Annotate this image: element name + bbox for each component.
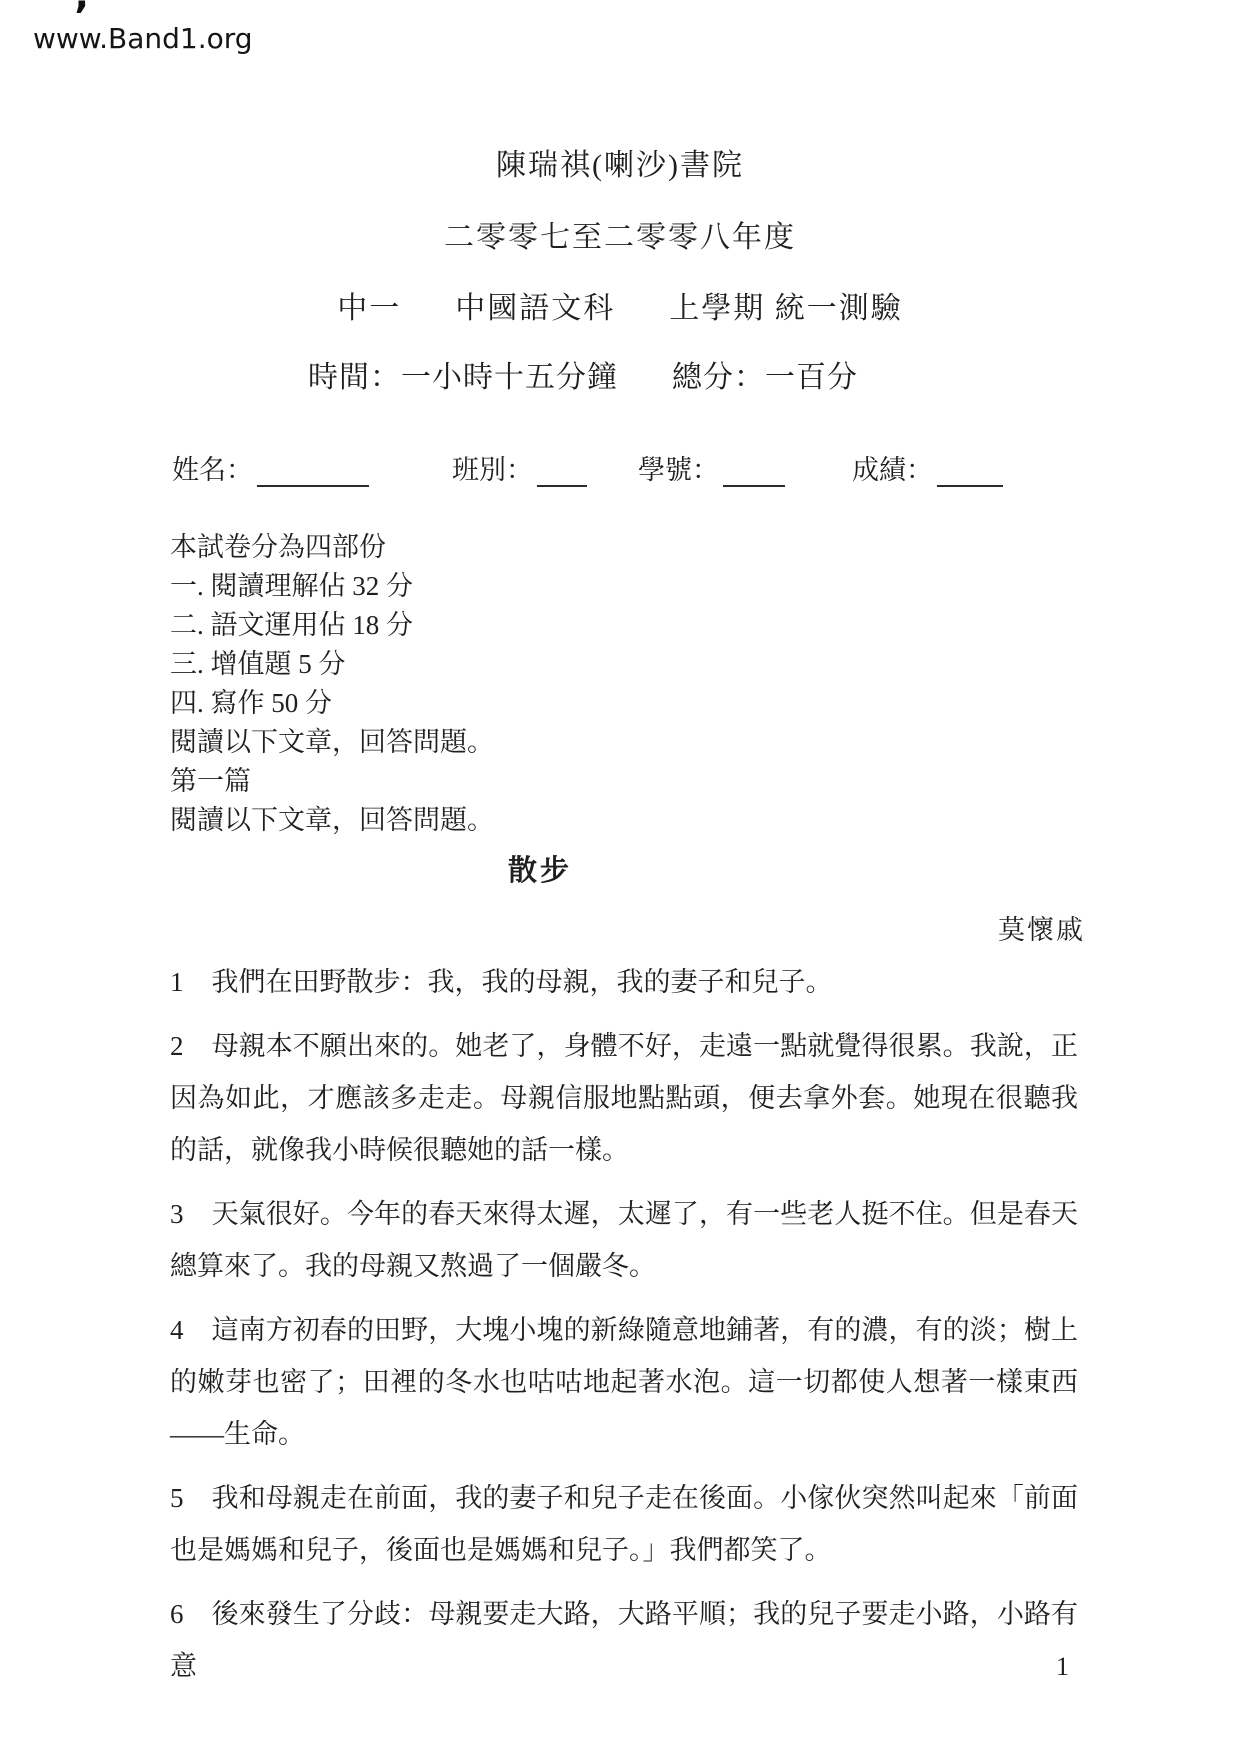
- paragraph-4: 4這南方初春的田野，大塊小塊的新綠隨意地鋪著，有的濃，有的淡；樹上的嫩芽也密了；…: [170, 1304, 1078, 1460]
- page-number: 1: [1056, 1652, 1069, 1682]
- paragraph-5: 5我和母親走在前面，我的妻子和兒子走在後面。小傢伙突然叫起來「前面也是媽媽和兒子…: [170, 1472, 1078, 1576]
- instruction-item-2: 二. 語文運用佔 18 分: [170, 606, 930, 645]
- paragraph-1-number: 1: [170, 967, 184, 997]
- name-field-label: 姓名：: [172, 455, 253, 485]
- paragraph-6-text: 後來發生了分歧：母親要走大路，大路平順；我的兒子要走小路，小路有意: [170, 1599, 1078, 1681]
- name-field: 姓名：: [172, 448, 369, 487]
- paragraph-3: 3天氣很好。今年的春天來得太遲，太遲了，有一些老人挺不住。但是春天總算來了。我的…: [170, 1188, 1078, 1292]
- student-number-field-label: 學號：: [638, 455, 719, 485]
- instruction-item-4: 四. 寫作 50 分: [170, 684, 930, 723]
- section-label: 第一篇: [170, 762, 930, 801]
- paragraph-2: 2母親本不願出來的。她老了，身體不好，走遠一點就覺得很累。我說，正因為如此，才應…: [170, 1020, 1078, 1176]
- student-number-field: 學號：: [638, 448, 785, 487]
- paragraph-4-text: 這南方初春的田野，大塊小塊的新綠隨意地鋪著，有的濃，有的淡；樹上的嫩芽也密了；田…: [170, 1315, 1078, 1449]
- paragraph-1: 1我們在田野散步：我，我的母親，我的妻子和兒子。: [170, 956, 1078, 1008]
- paragraph-5-number: 5: [170, 1483, 184, 1513]
- exam-title-line: 中一中國語文科上學期 統一測驗: [0, 283, 1240, 327]
- class-field-label: 班別：: [452, 455, 533, 485]
- paper-instructions: 本試卷分為四部份 一. 閱讀理解佔 32 分 二. 語文運用佔 18 分 三. …: [170, 528, 930, 840]
- total-marks-label: 總分：一百分: [672, 352, 858, 396]
- paragraph-5-text: 我和母親走在前面，我的妻子和兒子走在後面。小傢伙突然叫起來「前面也是媽媽和兒子，…: [170, 1483, 1078, 1565]
- name-blank-line: [257, 459, 369, 487]
- time-total-row: 時間：一小時十五分鐘 總分：一百分: [0, 352, 1240, 392]
- article-title: 散步: [0, 848, 1080, 889]
- class-blank-line: [537, 459, 587, 487]
- paragraph-3-text: 天氣很好。今年的春天來得太遲，太遲了，有一些老人挺不住。但是春天總算來了。我的母…: [170, 1199, 1078, 1281]
- class-field: 班別：: [452, 448, 587, 487]
- time-allowed-label: 時間：一小時十五分鐘: [308, 352, 618, 396]
- exam-subject: 中國語文科: [455, 292, 615, 325]
- school-name: 陳瑞祺(喇沙)書院: [0, 140, 1240, 184]
- student-info-row: 姓名： 班別： 學號： 成績：: [0, 448, 1240, 492]
- paragraph-6-number: 6: [170, 1599, 184, 1629]
- reading-note-1: 閱讀以下文章，回答問題。: [170, 723, 930, 762]
- article-author: 莫懷戚: [0, 908, 1085, 947]
- academic-year: 二零零七至二零零八年度: [0, 212, 1240, 256]
- instructions-intro: 本試卷分為四部份: [170, 528, 930, 567]
- reading-note-2: 閱讀以下文章，回答問題。: [170, 801, 930, 840]
- paragraph-1-text: 我們在田野散步：我，我的母親，我的妻子和兒子。: [212, 967, 833, 997]
- score-blank-line: [937, 459, 1003, 487]
- paragraph-6: 6後來發生了分歧：母親要走大路，大路平順；我的兒子要走小路，小路有意: [170, 1588, 1078, 1692]
- exam-form: 中一: [337, 292, 401, 325]
- score-field: 成績：: [852, 448, 1003, 487]
- watermark-site-text: www.Band1.org: [33, 22, 253, 55]
- exam-term: 上學期 統一測驗: [669, 292, 903, 325]
- paragraph-2-text: 母親本不願出來的。她老了，身體不好，走遠一點就覺得很累。我說，正因為如此，才應該…: [170, 1031, 1078, 1165]
- score-field-label: 成績：: [852, 455, 933, 485]
- instruction-item-3: 三. 增值題 5 分: [170, 645, 930, 684]
- paragraph-3-number: 3: [170, 1199, 184, 1229]
- student-number-blank-line: [723, 459, 785, 487]
- paragraph-2-number: 2: [170, 1031, 184, 1061]
- paragraph-4-number: 4: [170, 1315, 184, 1345]
- instruction-item-1: 一. 閱讀理解佔 32 分: [170, 567, 930, 606]
- article-body: 1我們在田野散步：我，我的母親，我的妻子和兒子。 2母親本不願出來的。她老了，身…: [170, 956, 1078, 1704]
